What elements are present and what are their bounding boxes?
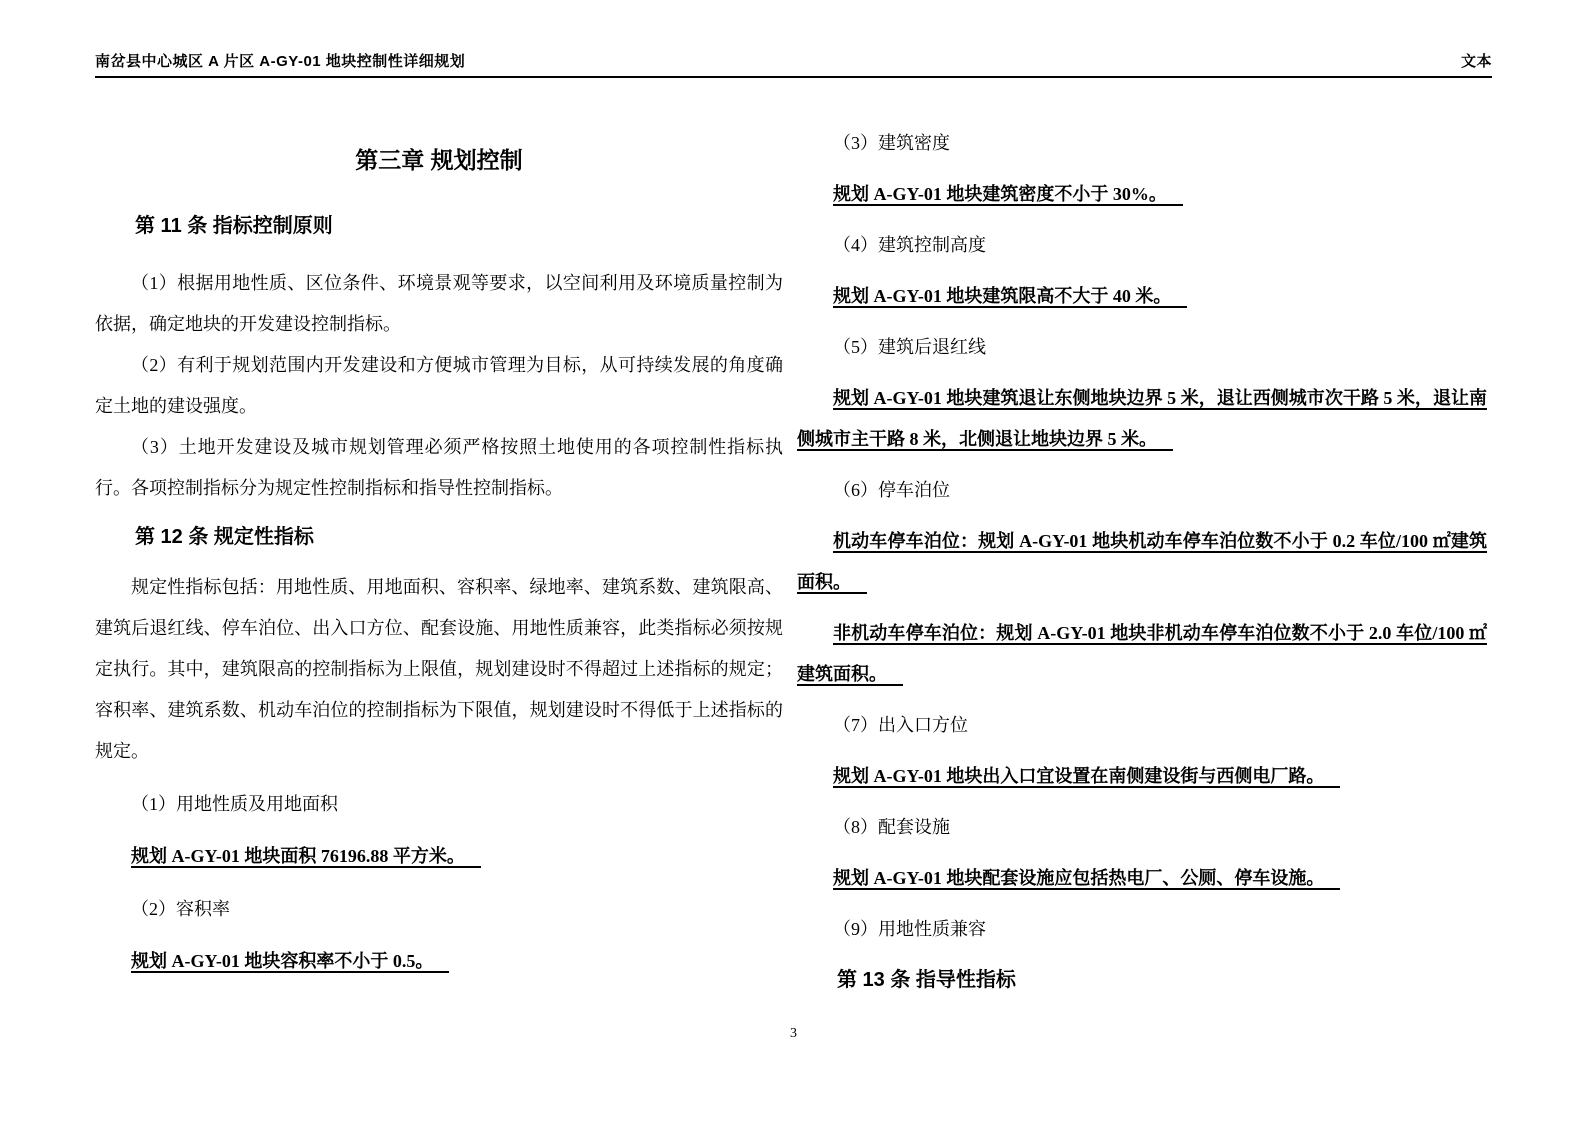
header-doc-type: 文本 bbox=[1461, 50, 1492, 71]
facilities-value: 规划 A-GY-01 地块配套设施应包括热电厂、公厕、停车设施。 bbox=[797, 858, 1487, 899]
building-height-label: （4）建筑控制高度 bbox=[797, 225, 1487, 266]
land-use-area-label: （1）用地性质及用地面积 bbox=[95, 784, 783, 825]
setback-value: 规划 A-GY-01 地块建筑退让东侧地块边界 5 米，退让西侧城市次干路 5 … bbox=[797, 378, 1487, 460]
header-title: 南岔县中心城区 A 片区 A-GY-01 地块控制性详细规划 bbox=[95, 50, 465, 71]
article-12-intro: 规定性指标包括：用地性质、用地面积、容积率、绿地率、建筑系数、建筑限高、建筑后退… bbox=[95, 567, 783, 772]
page-footer: 3 bbox=[0, 1026, 1587, 1042]
facilities-label: （8）配套设施 bbox=[797, 807, 1487, 848]
building-density-value: 规划 A-GY-01 地块建筑密度不小于 30%。 bbox=[797, 174, 1487, 215]
entrance-value: 规划 A-GY-01 地块出入口宜设置在南侧建设街与西侧电厂路。 bbox=[797, 756, 1487, 797]
parking-label: （6）停车泊位 bbox=[797, 470, 1487, 511]
article-11-heading: 第 11 条 指标控制原则 bbox=[95, 206, 783, 247]
parking-nonmotor-value: 非机动车停车泊位：规划 A-GY-01 地块非机动车停车泊位数不小于 2.0 车… bbox=[797, 613, 1487, 695]
article-12-heading: 第 12 条 规定性指标 bbox=[95, 517, 783, 558]
article-11-item-1: （1）根据用地性质、区位条件、环境景观等要求，以空间利用及环境质量控制为依据，确… bbox=[95, 263, 783, 345]
compatibility-label: （9）用地性质兼容 bbox=[797, 909, 1487, 950]
setback-label: （5）建筑后退红线 bbox=[797, 327, 1487, 368]
building-height-value: 规划 A-GY-01 地块建筑限高不大于 40 米。 bbox=[797, 276, 1487, 317]
plot-ratio-value: 规划 A-GY-01 地块容积率不小于 0.5。 bbox=[95, 941, 783, 982]
article-11-item-2: （2）有利于规划范围内开发建设和方便城市管理为目标，从可持续发展的角度确定土地的… bbox=[95, 345, 783, 427]
article-11-item-3: （3）土地开发建设及城市规划管理必须严格按照土地使用的各项控制性指标执行。各项控… bbox=[95, 427, 783, 509]
document-page: 南岔县中心城区 A 片区 A-GY-01 地块控制性详细规划 文本 第三章 规划… bbox=[0, 0, 1587, 1122]
entrance-label: （7）出入口方位 bbox=[797, 705, 1487, 746]
page-header: 南岔县中心城区 A 片区 A-GY-01 地块控制性详细规划 文本 bbox=[95, 50, 1492, 78]
land-use-area-value: 规划 A-GY-01 地块面积 76196.88 平方米。 bbox=[95, 836, 783, 877]
left-column: 第三章 规划控制 第 11 条 指标控制原则 （1）根据用地性质、区位条件、环境… bbox=[95, 140, 783, 982]
page-number: 3 bbox=[790, 1026, 797, 1041]
plot-ratio-label: （2）容积率 bbox=[95, 889, 783, 930]
building-density-label: （3）建筑密度 bbox=[797, 123, 1487, 164]
parking-motor-value: 机动车停车泊位：规划 A-GY-01 地块机动车停车泊位数不小于 0.2 车位/… bbox=[797, 521, 1487, 603]
right-column: （3）建筑密度 规划 A-GY-01 地块建筑密度不小于 30%。 （4）建筑控… bbox=[797, 113, 1487, 1001]
chapter-title: 第三章 规划控制 bbox=[95, 140, 783, 181]
article-13-heading: 第 13 条 指导性指标 bbox=[797, 960, 1487, 1001]
